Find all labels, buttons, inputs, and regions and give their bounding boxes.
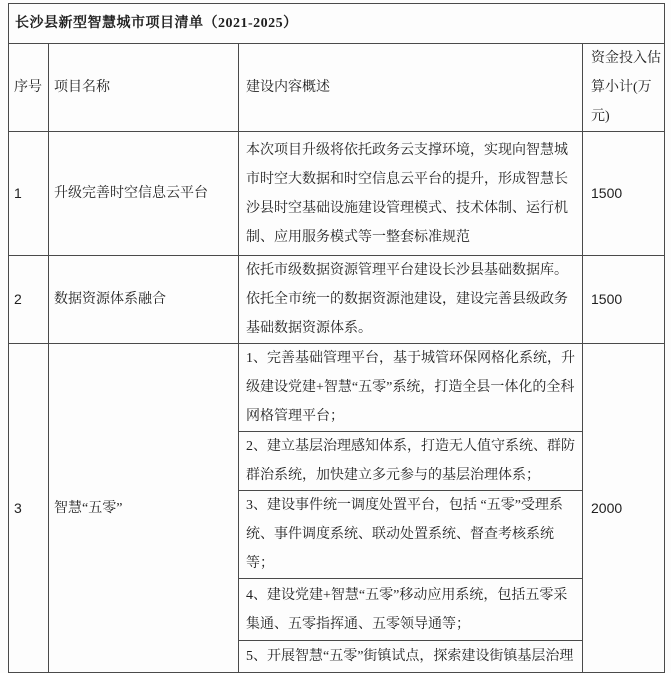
sub-item-cell-4: 4、建设党建+智慧“五零”移动应用系统，包括五零采集通、五零指挥通、五零领导通等… [239,579,583,619]
project-desc-cell: 本次项目升级将依托政务云支撑环境，实现向智慧城市时空大数据和时空信息云平台的提升… [239,132,583,256]
budget-cell: 1500 [583,132,665,256]
row-number: 3 [9,344,49,619]
budget-cell: 1500 [583,256,665,344]
sub-item-cell-3: 3、建设事件统一调度处置平台，包括 “五零”受理系统、事件调度系统、联动处置系统… [239,491,583,579]
document-page: 长沙县新型智慧城市项目清单（2021-2025） 序号 项目名称 建设内容概述 … [8,3,665,618]
project-desc-cell: 依托市级数据资源管理平台建设长沙县基础数据库。依托全市统一的数据资源池建设，建设… [239,256,583,344]
budget-cell: 2000 [583,344,665,619]
table-title: 长沙县新型智慧城市项目清单（2021-2025） [9,4,665,44]
header-no: 序号 [9,44,49,132]
table-row-3: 3 智慧“五零” 1、完善基础管理平台，基于城管环保网格化系统，升级建设党建+智… [9,344,665,432]
title-row: 长沙县新型智慧城市项目清单（2021-2025） [9,4,665,44]
header-row: 序号 项目名称 建设内容概述 资金投入估 算小计(万元) [9,44,665,132]
row-number: 1 [9,132,49,256]
sub-item-cell-1: 1、完善基础管理平台，基于城管环保网格化系统，升级建设党建+智慧“五零”系统，打… [239,344,583,432]
table-row-2: 2 数据资源体系融合 依托市级数据资源管理平台建设长沙县基础数据库。依托全市统一… [9,256,665,344]
table-row-1: 1 升级完善时空信息云平台 本次项目升级将依托政务云支撑环境，实现向智慧城市时空… [9,132,665,256]
header-project-name: 项目名称 [49,44,239,132]
header-description: 建设内容概述 [239,44,583,132]
project-name-cell: 智慧“五零” [49,344,239,619]
header-budget: 资金投入估 算小计(万元) [583,44,665,132]
row-number: 2 [9,256,49,344]
project-name-cell: 数据资源体系融合 [49,256,239,344]
project-name-cell: 升级完善时空信息云平台 [49,132,239,256]
project-list-table: 长沙县新型智慧城市项目清单（2021-2025） 序号 项目名称 建设内容概述 … [8,3,665,618]
sub-item-cell-2: 2、建立基层治理感知体系，打造无人值守系统、群防群治系统，加快建立多元参与的基层… [239,432,583,491]
